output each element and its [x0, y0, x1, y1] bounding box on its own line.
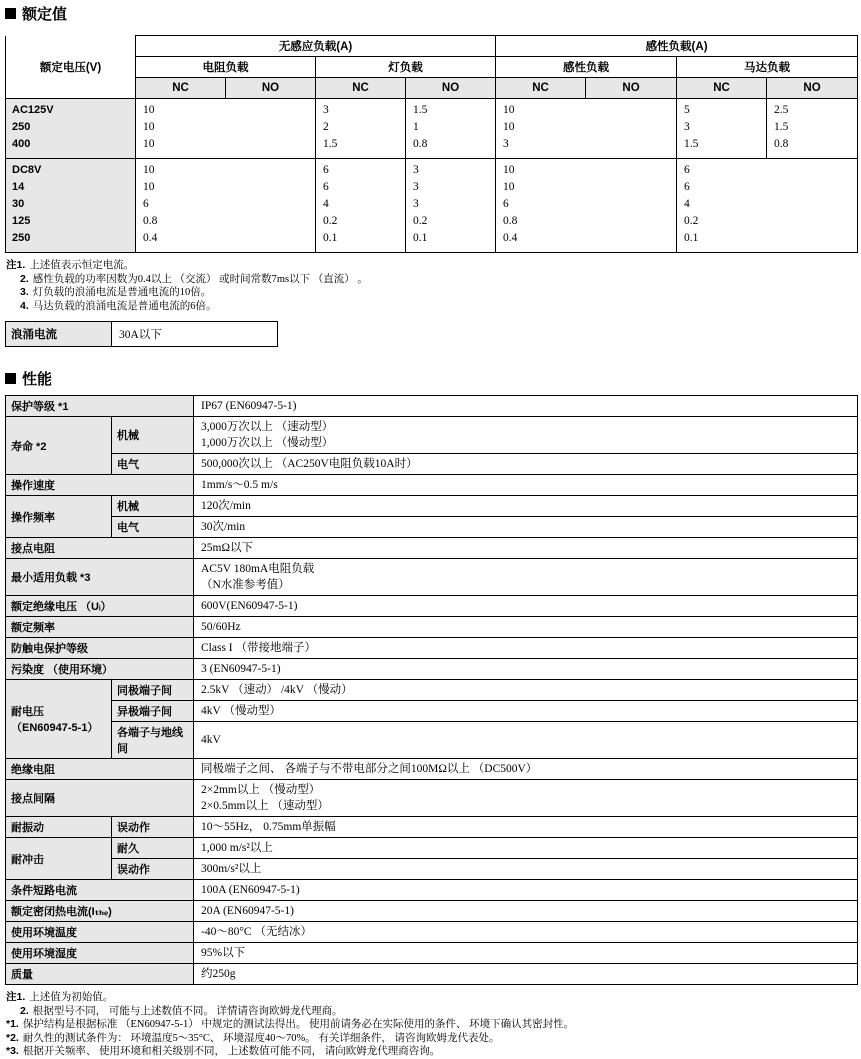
- resistive-load-header: 电阻负载: [136, 57, 316, 78]
- row-value: 95%以下: [194, 943, 858, 964]
- dc-inductive-values: 10 10 6 0.8 0.4: [496, 159, 677, 253]
- row-value: -40～80°C （无结冰）: [194, 922, 858, 943]
- table-row: 条件短路电流 100A (EN60947-5-1): [6, 880, 858, 901]
- row-label: 寿命 *2: [6, 417, 112, 475]
- table-row: 最小适用负载 *3 AC5V 180mA电阻负载 （N水准参考值）: [6, 559, 858, 596]
- row-value: 10～55Hz， 0.75mm单振幅: [194, 817, 858, 838]
- row-label: 额定频率: [6, 617, 194, 638]
- table-row: 污染度 （使用环境） 3 (EN60947-5-1): [6, 659, 858, 680]
- row-label: 质量: [6, 964, 194, 985]
- row-label: 污染度 （使用环境）: [6, 659, 194, 680]
- nc-header: NC: [677, 78, 767, 99]
- row-sublabel: 误动作: [112, 817, 194, 838]
- row-sublabel: 各端子与地线间: [112, 722, 194, 759]
- row-label: 使用环境湿度: [6, 943, 194, 964]
- table-row: 耐电压 （EN60947-5-1） 同极端子间 2.5kV （速动） /4kV …: [6, 680, 858, 701]
- non-inductive-group-header: 无感应负载(A): [136, 36, 496, 57]
- row-value: 30次/min: [194, 517, 858, 538]
- dc-motor-values: 6 6 4 0.2 0.1: [677, 159, 858, 253]
- table-row: 接点间隔 2×2mm以上 （慢动型） 2×0.5mm以上 （速动型）: [6, 780, 858, 817]
- table-row: 额定绝缘电压 （Uᵢ） 600V(EN60947-5-1): [6, 596, 858, 617]
- note-line: *3. 根据开关频率、 使用环境和相关级别不同， 上述数值可能不同， 请向欧姆龙…: [6, 1045, 857, 1059]
- note-line: 3. 灯负载的浪涌电流是普通电流的10倍。: [20, 286, 857, 300]
- row-value: AC5V 180mA电阻负载 （N水准参考值）: [194, 559, 858, 596]
- surge-current-label: 浪涌电流: [6, 322, 112, 347]
- row-label: 接点电阻: [6, 538, 194, 559]
- ac-voltages-cell: AC125V 250 400: [6, 99, 136, 159]
- note-line: 2. 感性负载的功率因数为0.4以上 （交流） 或时间常数7ms以下 （直流） …: [20, 273, 857, 287]
- section-square-icon: [5, 8, 16, 19]
- row-label: 保护等级 *1: [6, 396, 194, 417]
- performance-heading: 性能: [5, 369, 857, 387]
- table-row: 各端子与地线间 4kV: [6, 722, 858, 759]
- datasheet-page: 额定值 额定电压(V) 无感应负载(A) 感性负载(A) 电阻负载 灯负载 感性…: [5, 4, 857, 1059]
- no-header: NO: [406, 78, 496, 99]
- table-row: 操作频率 机械 120次/min: [6, 496, 858, 517]
- row-value: 50/60Hz: [194, 617, 858, 638]
- row-sublabel: 电气: [112, 454, 194, 475]
- row-label: 最小适用负载 *3: [6, 559, 194, 596]
- table-row: 质量 约250g: [6, 964, 858, 985]
- note-line: 4. 马达负载的浪涌电流是普通电流的6倍。: [20, 300, 857, 314]
- row-label: 操作速度: [6, 475, 194, 496]
- rated-values-table: 额定电压(V) 无感应负载(A) 感性负载(A) 电阻负载 灯负载 感性负载 马…: [5, 35, 858, 253]
- row-value: IP67 (EN60947-5-1): [194, 396, 858, 417]
- table-row: 防触电保护等级 Class I （带接地端子）: [6, 638, 858, 659]
- row-label: 额定绝缘电压 （Uᵢ）: [6, 596, 194, 617]
- table-row: 耐振动 误动作 10～55Hz， 0.75mm单振幅: [6, 817, 858, 838]
- performance-table: 保护等级 *1 IP67 (EN60947-5-1) 寿命 *2 机械 3,00…: [5, 395, 858, 985]
- row-label: 操作频率: [6, 496, 112, 538]
- row-value: 2×2mm以上 （慢动型） 2×0.5mm以上 （速动型）: [194, 780, 858, 817]
- row-value: 120次/min: [194, 496, 858, 517]
- no-header: NO: [586, 78, 677, 99]
- table-row: 误动作 300m/s²以上: [6, 859, 858, 880]
- table-row: 额定密闭热电流(Iₜₕₑ) 20A (EN60947-5-1): [6, 901, 858, 922]
- row-sublabel: 同极端子间: [112, 680, 194, 701]
- table-row: 使用环境湿度 95%以下: [6, 943, 858, 964]
- rated-values-title: 额定值: [22, 3, 67, 24]
- row-value: 约250g: [194, 964, 858, 985]
- nc-header: NC: [496, 78, 586, 99]
- row-sublabel: 电气: [112, 517, 194, 538]
- dc-lamp-nc-values: 6 6 4 0.2 0.1: [316, 159, 406, 253]
- surge-current-table: 浪涌电流 30A以下: [5, 321, 278, 347]
- table-row: 保护等级 *1 IP67 (EN60947-5-1): [6, 396, 858, 417]
- row-value: 300m/s²以上: [194, 859, 858, 880]
- ac-lamp-no-values: 1.5 1 0.8: [406, 99, 496, 159]
- surge-current-value: 30A以下: [112, 322, 278, 347]
- table-row: 使用环境温度 -40～80°C （无结冰）: [6, 922, 858, 943]
- row-value: 4kV （慢动型）: [194, 701, 858, 722]
- ac-inductive-values: 10 10 3: [496, 99, 677, 159]
- ac-resistive-values: 10 10 10: [136, 99, 316, 159]
- row-label: 绝缘电阻: [6, 759, 194, 780]
- row-value: 3,000万次以上 （速动型） 1,000万次以上 （慢动型）: [194, 417, 858, 454]
- table-row: 电气 500,000次以上 （AC250V电阻负载10A时）: [6, 454, 858, 475]
- row-value: 2.5kV （速动） /4kV （慢动）: [194, 680, 858, 701]
- note-line: 2. 根据型号不同， 可能与上述数值不同。 详情请咨询欧姆龙代理商。: [20, 1005, 857, 1019]
- no-header: NO: [226, 78, 316, 99]
- dc-voltages-cell: DC8V 14 30 125 250: [6, 159, 136, 253]
- row-value: 1,000 m/s²以上: [194, 838, 858, 859]
- row-value: 同极端子之间、 各端子与不带电部分之间100MΩ以上 （DC500V）: [194, 759, 858, 780]
- row-value: 4kV: [194, 722, 858, 759]
- row-label: 额定密闭热电流(Iₜₕₑ): [6, 901, 194, 922]
- rated-values-heading: 额定值: [5, 4, 857, 22]
- row-label: 使用环境温度: [6, 922, 194, 943]
- table-row: 操作速度 1mm/s～0.5 m/s: [6, 475, 858, 496]
- row-label: 防触电保护等级: [6, 638, 194, 659]
- note-line: *1. 保护结构是根据标准 （EN60947-5-1） 中规定的测试法得出。 使…: [6, 1018, 857, 1032]
- ac-motor-nc-values: 5 3 1.5: [677, 99, 767, 159]
- row-value: 3 (EN60947-5-1): [194, 659, 858, 680]
- row-label: 耐冲击: [6, 838, 112, 880]
- row-sublabel: 异极端子间: [112, 701, 194, 722]
- row-sublabel: 误动作: [112, 859, 194, 880]
- row-value: Class I （带接地端子）: [194, 638, 858, 659]
- note-line: *2. 耐久性的测试条件为： 环境温度5～35°C、 环境湿度40～70%。 有…: [6, 1032, 857, 1046]
- row-sublabel: 耐久: [112, 838, 194, 859]
- ac-motor-no-values: 2.5 1.5 0.8: [767, 99, 858, 159]
- row-label: 接点间隔: [6, 780, 194, 817]
- note-line: 注1. 上述值表示恒定电流。: [6, 259, 857, 273]
- note-line: 注1. 上述值为初始值。: [6, 991, 857, 1005]
- motor-load-header: 马达负载: [677, 57, 858, 78]
- table-row: 寿命 *2 机械 3,000万次以上 （速动型） 1,000万次以上 （慢动型）: [6, 417, 858, 454]
- dc-lamp-no-values: 3 3 3 0.2 0.1: [406, 159, 496, 253]
- row-label: 耐电压 （EN60947-5-1）: [6, 680, 112, 759]
- row-value: 25mΩ以下: [194, 538, 858, 559]
- inductive-load-header: 感性负载: [496, 57, 677, 78]
- lamp-load-header: 灯负载: [316, 57, 496, 78]
- ac-lamp-nc-values: 3 2 1.5: [316, 99, 406, 159]
- row-label: 耐振动: [6, 817, 112, 838]
- performance-title: 性能: [22, 368, 52, 389]
- performance-notes: 注1. 上述值为初始值。 2. 根据型号不同， 可能与上述数值不同。 详情请咨询…: [6, 991, 857, 1059]
- row-label: 条件短路电流: [6, 880, 194, 901]
- row-value: 100A (EN60947-5-1): [194, 880, 858, 901]
- table-row: 异极端子间 4kV （慢动型）: [6, 701, 858, 722]
- no-header: NO: [767, 78, 858, 99]
- row-sublabel: 机械: [112, 417, 194, 454]
- inductive-group-header: 感性负载(A): [496, 36, 858, 57]
- table-row: 接点电阻 25mΩ以下: [6, 538, 858, 559]
- table-row: 耐冲击 耐久 1,000 m/s²以上: [6, 838, 858, 859]
- ac-ratings-row: AC125V 250 400 10 10 10 3 2 1.5 1.5 1 0.…: [6, 99, 858, 159]
- row-value: 500,000次以上 （AC250V电阻负载10A时）: [194, 454, 858, 475]
- row-value: 600V(EN60947-5-1): [194, 596, 858, 617]
- table-row: 电气 30次/min: [6, 517, 858, 538]
- nc-header: NC: [316, 78, 406, 99]
- nc-header: NC: [136, 78, 226, 99]
- dc-resistive-values: 10 10 6 0.8 0.4: [136, 159, 316, 253]
- table-row: 额定频率 50/60Hz: [6, 617, 858, 638]
- table-row: 绝缘电阻 同极端子之间、 各端子与不带电部分之间100MΩ以上 （DC500V）: [6, 759, 858, 780]
- row-sublabel: 机械: [112, 496, 194, 517]
- row-value: 20A (EN60947-5-1): [194, 901, 858, 922]
- voltage-header-cell: 额定电压(V): [6, 36, 136, 99]
- section-square-icon: [5, 373, 16, 384]
- dc-ratings-row: DC8V 14 30 125 250 10 10 6 0.8 0.4 6 6 4…: [6, 159, 858, 253]
- row-value: 1mm/s～0.5 m/s: [194, 475, 858, 496]
- rated-table-notes: 注1. 上述值表示恒定电流。 2. 感性负载的功率因数为0.4以上 （交流） 或…: [6, 259, 857, 313]
